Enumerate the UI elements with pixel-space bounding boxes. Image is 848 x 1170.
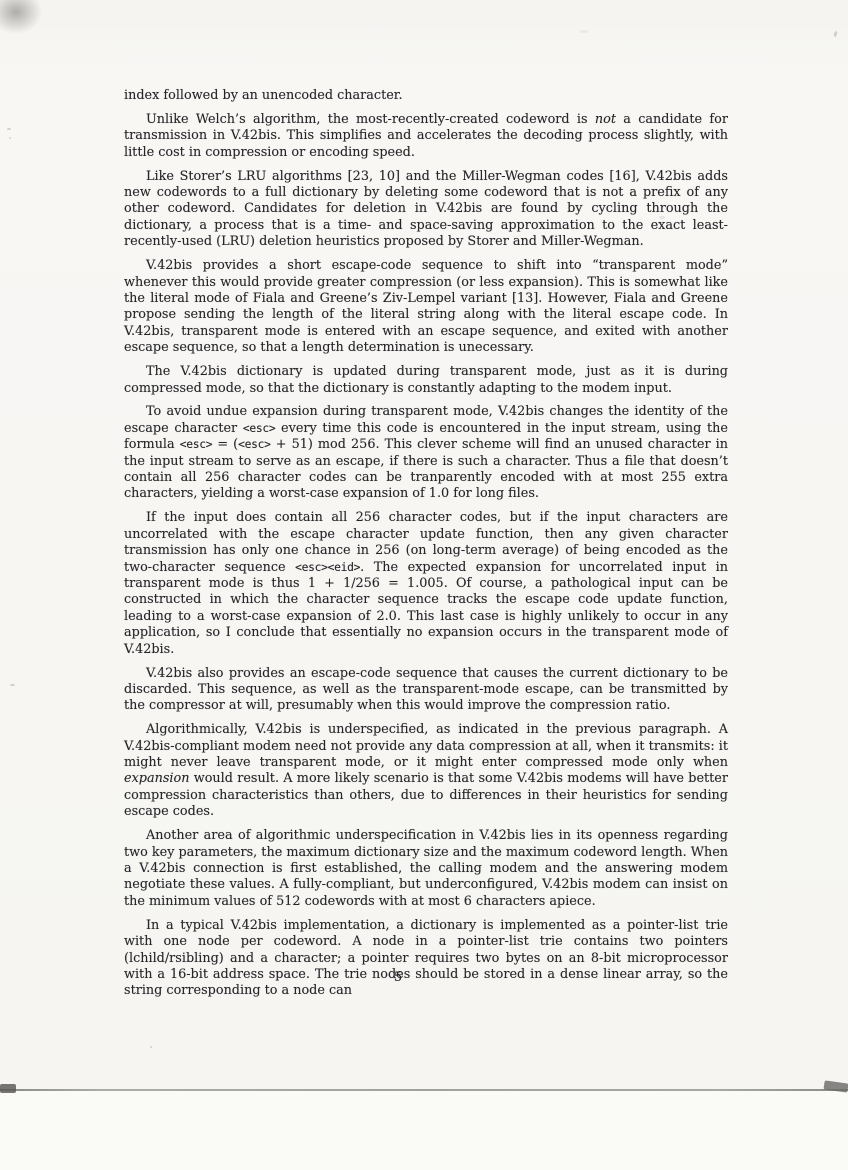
page-number: 5	[0, 970, 796, 985]
text-segment: = (	[212, 437, 238, 452]
scanned-page: index followed by an unencoded character…	[0, 0, 848, 1170]
scan-speck-artifact	[150, 1046, 152, 1048]
page-edge-shadow-left	[0, 1084, 16, 1093]
paragraph: V.42bis also provides an escape-code seq…	[124, 666, 728, 715]
scan-speck-artifact	[9, 137, 11, 139]
text-segment: Like Storer’s LRU algorithms [23, 10] an…	[124, 169, 728, 250]
scan-smudge-artifact	[0, 0, 42, 34]
paragraph: In a typical V.42bis implementation, a d…	[124, 918, 728, 1000]
text-segment: Algorithmically, V.42bis is underspecifi…	[124, 722, 728, 770]
paragraph: V.42bis provides a short escape-code seq…	[124, 258, 728, 356]
paragraph: Like Storer’s LRU algorithms [23, 10] an…	[124, 169, 728, 251]
code-token: <esc><eid>	[295, 561, 360, 574]
paragraph: If the input does contain all 256 charac…	[124, 510, 728, 658]
text-segment: Unlike Welch’s algorithm, the most-recen…	[146, 112, 595, 127]
paragraph: Algorithmically, V.42bis is underspecifi…	[124, 722, 728, 820]
text-segment: In a typical V.42bis implementation, a d…	[124, 918, 728, 999]
scan-speck-artifact	[833, 31, 837, 38]
scan-speck-artifact	[580, 30, 588, 33]
code-token: <esc>	[180, 438, 213, 451]
paragraph: Unlike Welch’s algorithm, the most-recen…	[124, 112, 728, 161]
paragraph: To avoid undue expansion during transpar…	[124, 404, 728, 502]
scan-speck-artifact	[7, 128, 11, 130]
text-segment: would result. A more likely scenario is …	[124, 771, 728, 819]
page-bottom-edge	[0, 1089, 848, 1091]
paragraph: index followed by an unencoded character…	[124, 88, 728, 104]
text-segment: Another area of algorithmic underspecifi…	[124, 828, 728, 909]
code-token: <esc>	[238, 438, 271, 451]
code-token: <esc>	[243, 422, 276, 435]
scan-speck-artifact	[10, 684, 15, 686]
text-segment: V.42bis also provides an escape-code seq…	[124, 666, 728, 714]
scanner-bed-area	[0, 1091, 848, 1170]
text-segment: The V.42bis dictionary is updated during…	[124, 364, 728, 395]
text-segment: V.42bis provides a short escape-code seq…	[124, 258, 728, 355]
italic-term: expansion	[124, 771, 189, 786]
text-segment: index followed by an unencoded character…	[124, 88, 403, 103]
paragraph: Another area of algorithmic underspecifi…	[124, 828, 728, 910]
paragraph: The V.42bis dictionary is updated during…	[124, 364, 728, 397]
italic-term: not	[595, 112, 616, 127]
page-body: index followed by an unencoded character…	[124, 88, 728, 1007]
